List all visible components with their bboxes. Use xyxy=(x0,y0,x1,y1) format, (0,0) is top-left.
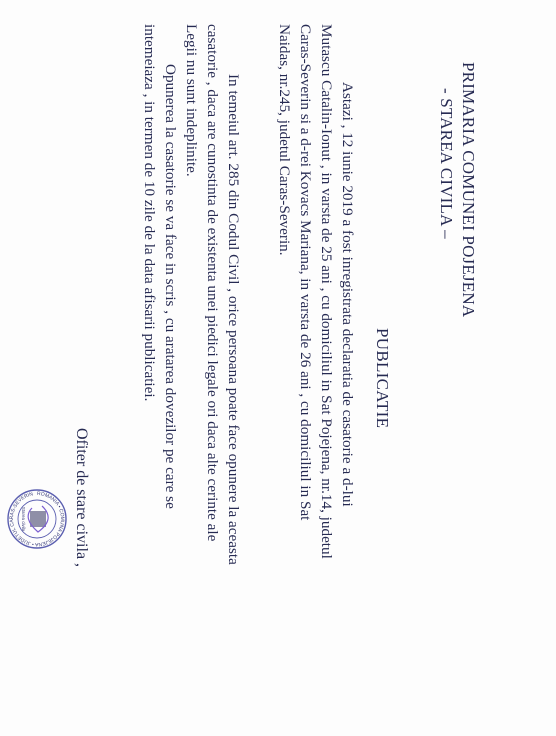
text-line: Legii nu sunt indeplinite. xyxy=(181,24,202,177)
text-line: Mutascu Catalin-Ionut , in varsta de 25 … xyxy=(316,24,337,559)
text-line: Naidas, nr.245, judetul Caras-Severin. xyxy=(274,24,295,256)
signature-label: Ofiter de stare civila , xyxy=(71,428,92,567)
text-line: Opunerea la casatorie se va face in scri… xyxy=(160,64,181,509)
document-title: PUBLICATIE xyxy=(372,328,392,428)
svg-text:Starea civila: Starea civila xyxy=(21,507,26,532)
header-institution: PRIMARIA COMUNEI POJEJENA xyxy=(458,62,478,317)
text-line: intemeiaza , in termen de 10 zile de la … xyxy=(139,24,160,401)
header-department: - STAREA CIVILA – xyxy=(436,88,456,239)
text-line: casatorie , daca are cunostinta de exist… xyxy=(202,24,223,541)
text-line: In temeiul art. 285 din Codul Civil , or… xyxy=(223,74,244,565)
official-stamp-icon: ROMANIA • COMUNA POJEJENA • JUDETUL CARA… xyxy=(6,488,68,550)
scanned-document-page: PRIMARIA COMUNEI POJEJENA - STAREA CIVIL… xyxy=(0,0,556,736)
text-line: Caras-Severin si a d-rei Kovacs Mariana,… xyxy=(295,24,316,520)
text-line: Astazi , 12 iunie 2019 a fost inregistra… xyxy=(337,82,358,507)
